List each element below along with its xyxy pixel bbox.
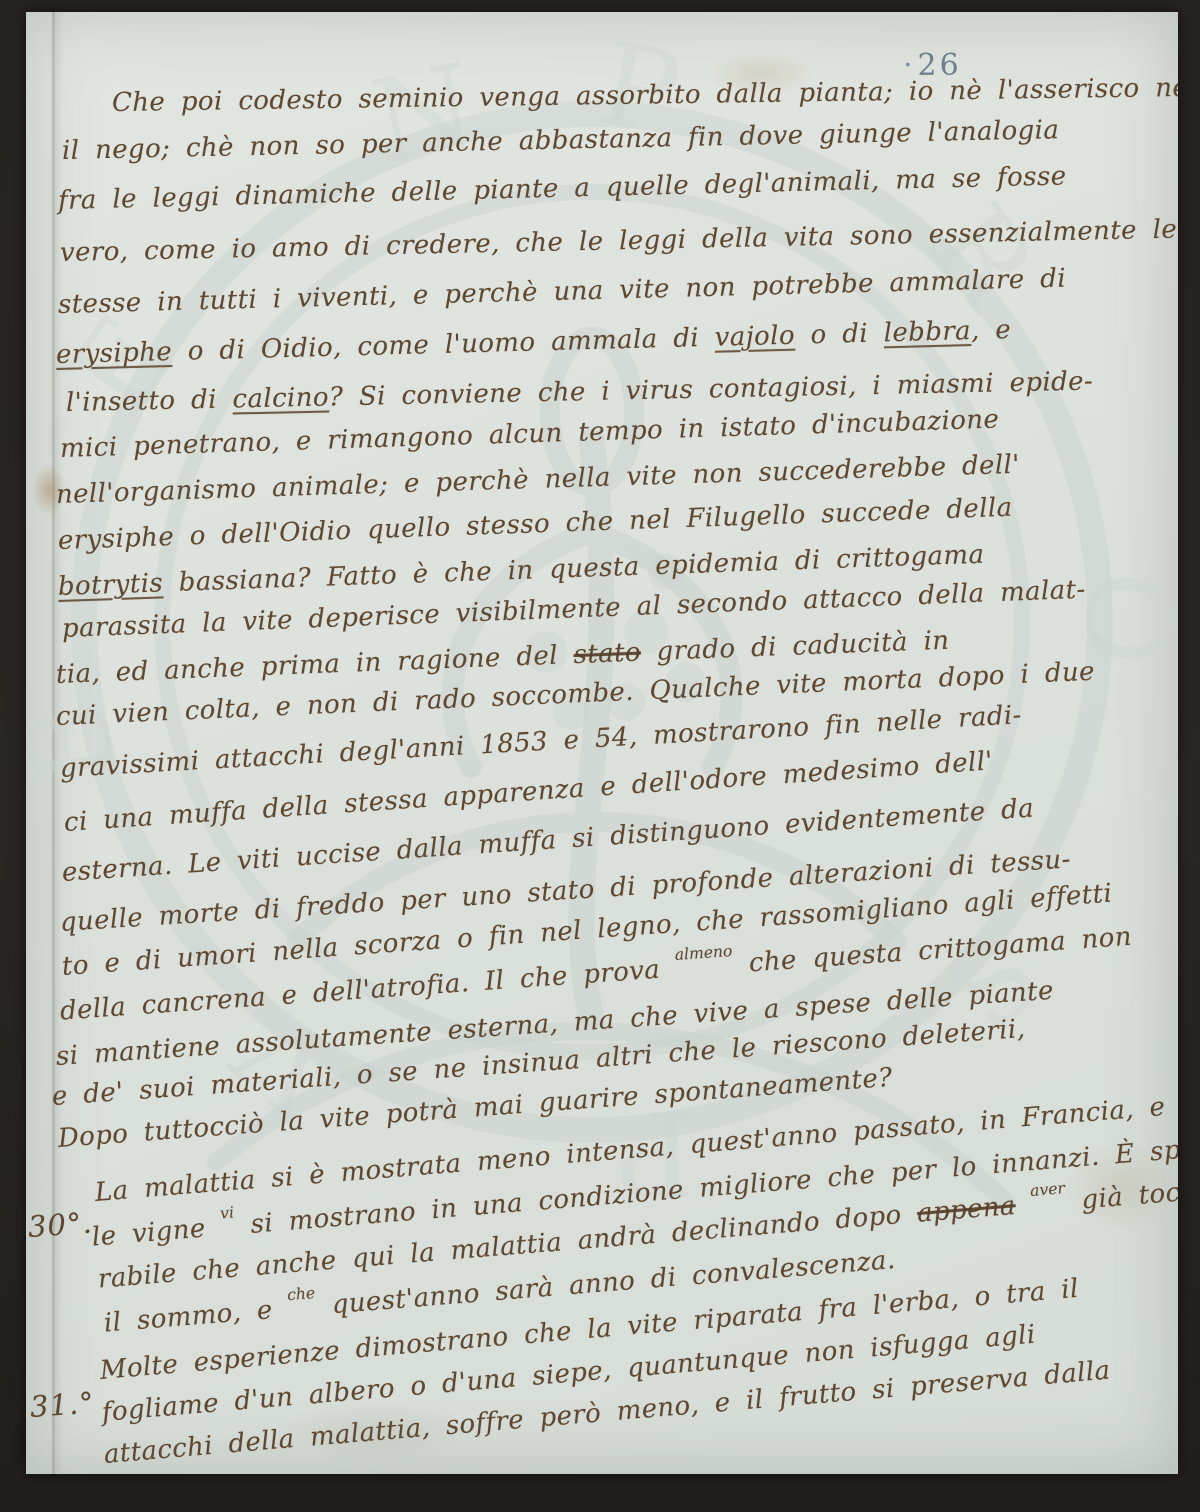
manuscript-line: fra le leggi dinamiche delle piante a qu… [58, 161, 1067, 216]
section-marker: 31.° [29, 1386, 96, 1424]
manuscript-line: il nego; chè non so per anche abbastanza… [62, 115, 1060, 166]
manuscript-line: stesse in tutti i viventi, e perchè una … [58, 264, 1067, 320]
scanned-manuscript-page: P R O S P V B E N E T O 26 [0, 0, 1200, 1512]
manuscript-paper: P R O S P V B E N E T O 26 [26, 12, 1178, 1474]
manuscript-line: vero, come io amo di credere, che le leg… [60, 215, 1178, 268]
manuscript-lines: Che poi codesto seminio venga assorbito … [26, 12, 1178, 1474]
section-marker: 30°. [27, 1206, 94, 1244]
manuscript-line: Che poi codesto seminio venga assorbito … [112, 73, 1178, 118]
manuscript-line: erysiphe o di Oidio, come l'uomo ammala … [56, 315, 1012, 370]
